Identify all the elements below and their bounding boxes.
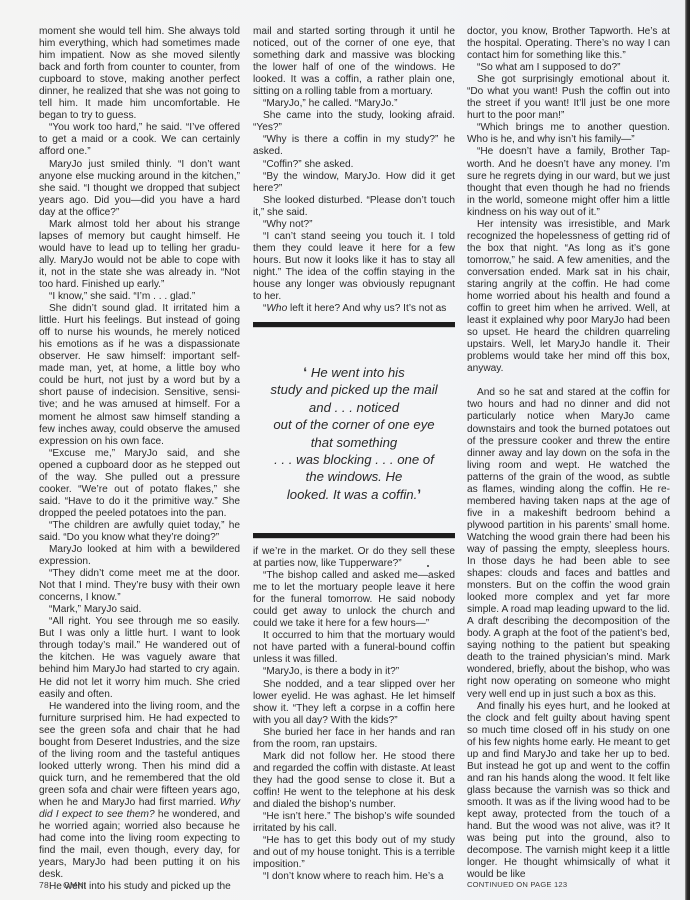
text-run: left it here? And why us? It’s not as bbox=[287, 303, 446, 314]
paragraph: “I don’t know where to reach him. He’s a bbox=[253, 871, 455, 883]
paragraph: if we’re in the market. Or do they sell … bbox=[253, 546, 455, 570]
pullquote-rule-top bbox=[253, 322, 455, 328]
magazine-page: moment she would tell him. She always to… bbox=[0, 0, 690, 900]
paragraph: “Why not?” bbox=[253, 219, 455, 231]
pullquote-text: He went into his bbox=[311, 365, 405, 380]
paragraph: She buried her face in her hands and ran… bbox=[253, 727, 455, 751]
paragraph: “Why is there a coffin in my study?” he … bbox=[253, 134, 455, 158]
paragraph: “He doesn’t have a family, Brother Tap­w… bbox=[467, 146, 670, 218]
column-3: doctor, you know, Brother Tapworth. He’s… bbox=[467, 26, 670, 881]
pullquote-line: the windows. He bbox=[253, 468, 455, 485]
paragraph: And so he sat and stared at the coffin f… bbox=[467, 387, 670, 700]
pullquote-line: that something bbox=[253, 434, 455, 451]
paragraph: “By the window, MaryJo. How did it get h… bbox=[253, 171, 455, 195]
paragraph: She didn’t sound glad. It irritated him … bbox=[39, 303, 240, 448]
paragraph: “Coffin?” she asked. bbox=[253, 159, 455, 171]
paragraph: MaryJo looked at him with a bewildered e… bbox=[39, 544, 240, 568]
paragraph: “They didn’t come meet me at the door. N… bbox=[39, 568, 240, 604]
paragraph: She got surprisingly emotional about it.… bbox=[467, 74, 670, 122]
paragraph: She looked disturbed. “Please don’t touc… bbox=[253, 195, 455, 219]
paragraph: It occurred to him that the mortuary wou… bbox=[253, 630, 455, 666]
paragraph: “He has to get this body out of my study… bbox=[253, 835, 455, 871]
pullquote-line: out of the corner of one eye bbox=[253, 416, 455, 433]
paragraph: “Which brings me to another question. Wh… bbox=[467, 122, 670, 146]
paragraph: “Who left it here? And why us? It’s not … bbox=[253, 303, 455, 315]
pullquote-line: and . . . noticed bbox=[253, 399, 455, 416]
paragraph: “I can’t stand seeing you touch it. I to… bbox=[253, 231, 455, 303]
paragraph: Her intensity was irresistible, and Mark… bbox=[467, 219, 670, 376]
print-speck bbox=[427, 565, 429, 567]
pullquote: ‘ He went into his study and picked up t… bbox=[253, 364, 455, 503]
folio: 78OMNI bbox=[39, 880, 86, 890]
paragraph: Mark did not follow her. He stood there … bbox=[253, 751, 455, 811]
continued-on-page: CONTINUED ON PAGE 123 bbox=[467, 880, 567, 889]
paragraph: moment she would tell him. She always to… bbox=[39, 26, 240, 122]
paragraph: She came into the study, looking afraid.… bbox=[253, 110, 455, 134]
pullquote-line: looked. It was a coffin.’ bbox=[253, 486, 455, 503]
paragraph: doctor, you know, Brother Tapworth. He’s… bbox=[467, 26, 670, 62]
column-2-top: mail and started sorting through it unti… bbox=[253, 26, 455, 315]
close-quote-mark-icon: ’ bbox=[417, 486, 421, 502]
paragraph: “So what am I supposed to do?” bbox=[467, 62, 670, 74]
paragraph: “MaryJo,” he called. “MaryJo.” bbox=[253, 98, 455, 110]
pullquote-line: ‘ He went into his bbox=[253, 364, 455, 381]
paragraph: Mark almost told her about his strange l… bbox=[39, 219, 240, 291]
pullquote-line: . . . was blocking . . . one of bbox=[253, 451, 455, 468]
paragraph: mail and started sorting through it unti… bbox=[253, 26, 455, 98]
text-run: He wandered into the living room, and th… bbox=[39, 701, 240, 808]
paragraph: “Mark,” MaryJo said. bbox=[39, 604, 240, 616]
paragraph: “He isn’t here.” The bishop’s wife sound… bbox=[253, 811, 455, 835]
pullquote-text: looked. It was a coffin. bbox=[287, 487, 417, 502]
column-1: moment she would tell him. She always to… bbox=[39, 26, 240, 893]
paragraph: “All right. You see through me so easily… bbox=[39, 616, 240, 700]
paragraph: And finally his eyes hurt, and he looked… bbox=[467, 701, 670, 882]
open-quote-mark-icon: ‘ bbox=[303, 364, 307, 380]
page-number: 78 bbox=[39, 880, 49, 890]
paragraph: She nodded, and a tear slipped over her … bbox=[253, 679, 455, 727]
pullquote-line: study and picked up the mail bbox=[253, 381, 455, 398]
paragraph: “MaryJo, is there a body in it?” bbox=[253, 666, 455, 678]
paragraph: MaryJo just smiled thinly. “I don’t want… bbox=[39, 159, 240, 219]
italic-word: Who bbox=[266, 303, 287, 314]
paragraph: “The bishop called and asked me—asked me… bbox=[253, 570, 455, 630]
pullquote-rule-bottom bbox=[253, 533, 455, 539]
binding-edge bbox=[685, 0, 690, 900]
magazine-name: OMNI bbox=[63, 880, 86, 890]
paragraph: “The children are awfully quiet today,” … bbox=[39, 520, 240, 544]
paragraph: He wandered into the living room, and th… bbox=[39, 701, 240, 882]
paragraph: “Excuse me,” MaryJo said, and she opened… bbox=[39, 448, 240, 520]
paragraph: “I know,” she said. “I’m . . . glad.” bbox=[39, 291, 240, 303]
paragraph: “You work too hard,” he said. “I’ve offe… bbox=[39, 122, 240, 158]
column-2-bottom: if we’re in the market. Or do they sell … bbox=[253, 546, 455, 883]
